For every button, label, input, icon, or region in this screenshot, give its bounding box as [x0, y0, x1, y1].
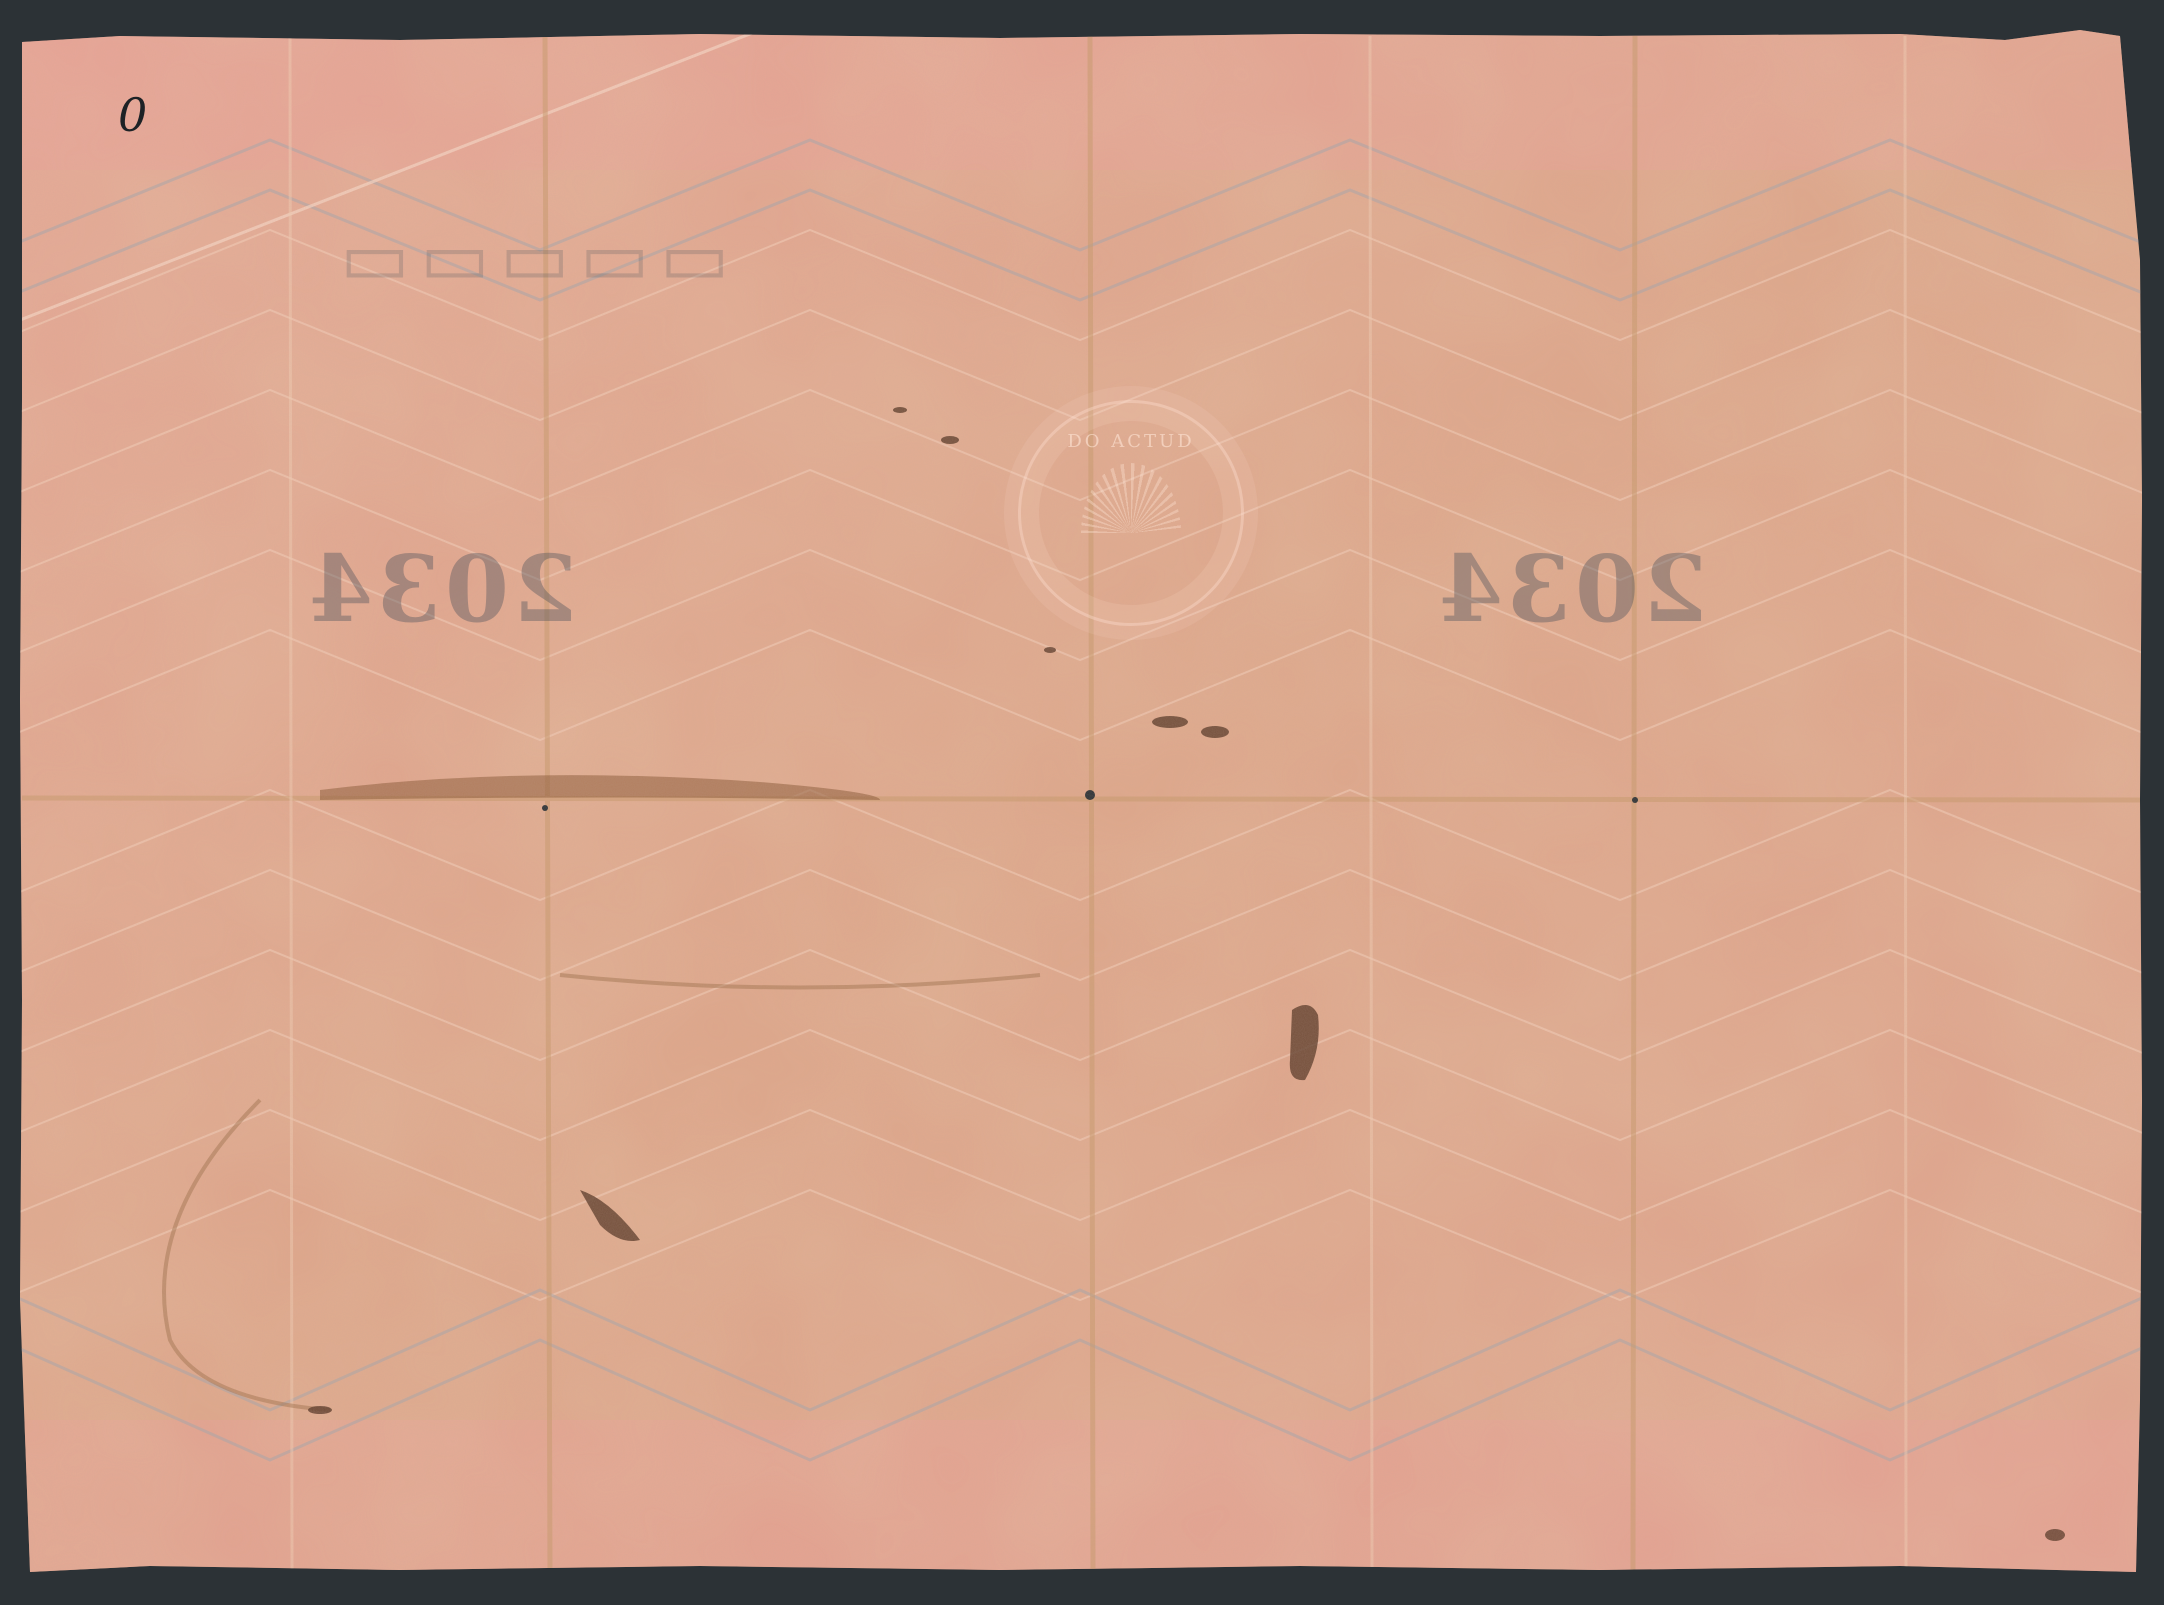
seal-sunburst-icon	[1081, 463, 1181, 533]
show-through-header-text: ▭▭▭▭▭	[330, 215, 730, 301]
show-through-serial-left: 2034	[305, 535, 577, 643]
banknote-photo: ▭▭▭▭▭ 2034 2034 DO ACTUD 0	[0, 0, 2164, 1605]
embossed-seal: DO ACTUD	[1018, 400, 1244, 626]
handwritten-mark: 0	[118, 88, 147, 142]
banknote-paper	[0, 0, 2164, 1605]
seal-inscription: DO ACTUD	[1067, 431, 1194, 452]
show-through-serial-right: 2034	[1435, 535, 1707, 643]
